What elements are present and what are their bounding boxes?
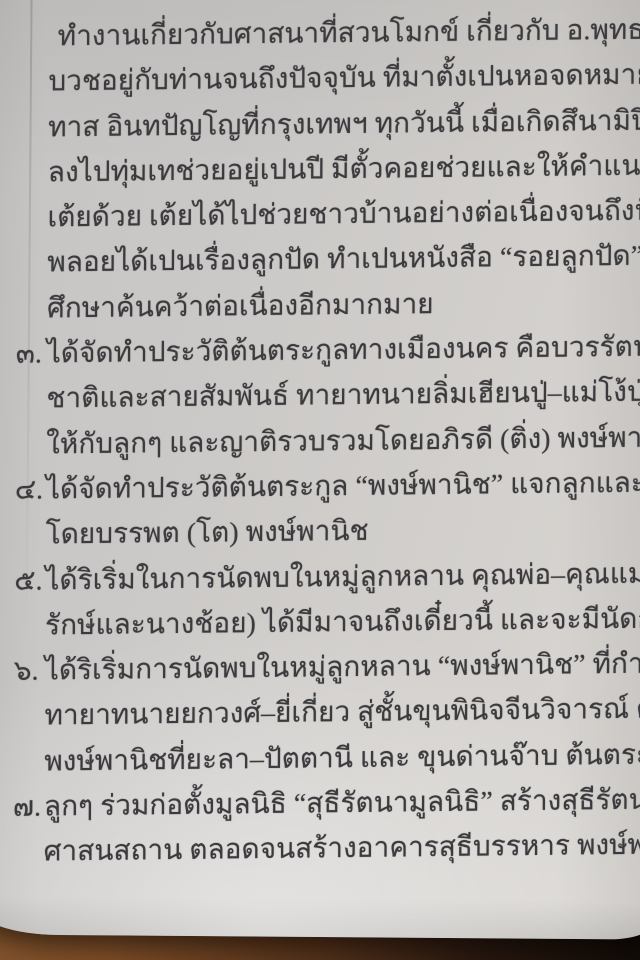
list-item-6: ๖. ได้ริเริ่มการนัดพบในหมู่ลูกหลาน “พงษ์… [44,642,640,785]
text-line: โดยบรรพต (โต) พงษ์พานิช [45,506,640,558]
text-line: ศาสนสถาน ตลอดจนสร้างอาคารสุธีบรรหาร พงษ์… [44,823,640,875]
list-item-3: ๓. ได้จัดทำประวัติต้นตระกูลทางเมืองนคร ค… [46,325,640,468]
continuation-paragraph: ทำงานเกี่ยวกับศาสนาที่สวนโมกข์ เกี่ยวกับ… [47,7,640,331]
text-line: เต้ยด้วย เต้ยได้ไปช่วยชาวบ้านอย่างต่อเนื… [47,189,640,241]
text-line: ลงไปทุ่มเทช่วยอยู่เปนปี มีตั้วคอยช่วยและ… [48,143,640,195]
text-line: ทาส อินทปัญโญที่กรุงเทพฯ ทุกวันนี้ เมื่อ… [48,98,640,150]
text-line: ศึกษาค้นคว้าต่อเนื่องอีกมากมาย [47,279,640,331]
text-line: ได้จัดทำประวัติต้นตระกูลทางเมืองนคร คือบ… [47,325,640,377]
photo-scene: ทำงานเกี่ยวกับศาสนาที่สวนโมกข์ เกี่ยวกับ… [0,0,640,960]
list-item-4: ๔. ได้จัดทำประวัติต้นตระกูล “พงษ์พานิช” … [45,461,640,558]
text-line: ทายาทนายยกวงศ์–ยี่เกี่ยว สู่ชั้นขุนพินิจ… [44,687,640,739]
text-line: บวชอยู่กับท่านจนถึงปัจจุบัน ที่มาตั้งเปน… [48,53,640,105]
text-line: รักษ์และนางช้อย) ได้มีมาจนถึงเดี๋ยวนี้ แ… [45,596,640,648]
text-line: ได้จัดทำประวัติต้นตระกูล “พงษ์พานิช” แจก… [46,461,640,513]
item-number: ๖. [14,649,39,695]
text-line: ได้ริเริ่มในการนัดพบในหมู่ลูกหลาน คุณพ่อ… [45,551,640,603]
text-line: ได้ริเริ่มการนัดพบในหมู่ลูกหลาน “พงษ์พาน… [45,642,640,694]
page-text-block: ทำงานเกี่ยวกับศาสนาที่สวนโมกข์ เกี่ยวกับ… [44,7,640,875]
list-item-7: ๗. ลูกๆ ร่วมก่อตั้งมูลนิธิ “สุธีรัตนามูล… [44,778,640,875]
item-number: ๔. [15,467,43,513]
text-line: ทำงานเกี่ยวกับศาสนาที่สวนโมกข์ เกี่ยวกับ… [49,7,640,59]
text-line: ชาติและสายสัมพันธ์ ทายาทนายลิ่มเฮียนปู่–… [46,370,640,422]
item-number: ๗. [13,785,41,831]
item-number: ๓. [16,332,42,378]
page-crease-line [26,0,33,627]
item-number: ๕. [14,558,42,604]
book-page: ทำงานเกี่ยวกับศาสนาที่สวนโมกข์ เกี่ยวกับ… [0,0,640,940]
text-line: ลูกๆ ร่วมก่อตั้งมูลนิธิ “สุธีรัตนามูลนิธ… [44,778,640,830]
text-line: พงษ์พานิชที่ยะลา–ปัตตานี และ ขุนด่านจ๊าบ… [44,732,640,784]
text-line: ให้กับลูกๆ และญาติรวบรวมโดยอภิรดี (ติ่ง)… [46,415,640,467]
text-line: พลอยได้เปนเรื่องลูกปัด ทำเปนหนังสือ “รอย… [47,234,640,286]
list-item-5: ๕. ได้ริเริ่มในการนัดพบในหมู่ลูกหลาน คุณ… [45,551,640,648]
